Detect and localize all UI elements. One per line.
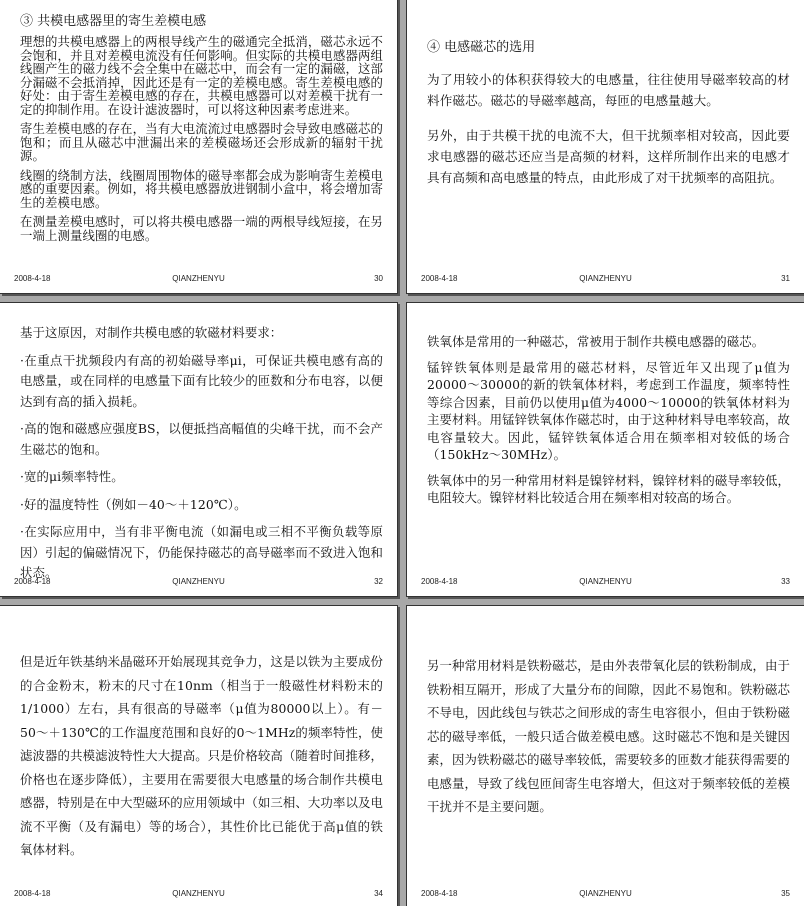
slide-33[interactable]: 铁氧体是常用的一种磁芯，常被用于制作共模电感器的磁芯。 锰锌铁氧体则是最常用的磁… <box>406 302 804 597</box>
slide-footer: 2008-4-18 QIANZHENYU 32 <box>14 577 383 586</box>
footer-date: 2008-4-18 <box>421 889 457 898</box>
footer-date: 2008-4-18 <box>14 274 50 283</box>
bullet-item: ·在重点干扰频段内有高的初始磁导率μi，可保证共模电感有高的电感量，或在同样的电… <box>20 351 383 413</box>
footer-author: QIANZHENYU <box>172 889 224 898</box>
footer-author: QIANZHENYU <box>579 274 631 283</box>
footer-author: QIANZHENYU <box>172 577 224 586</box>
bullet-item: ·高的饱和磁感应强度BS，以便抵挡高幅值的尖峰干扰，而不会产生磁芯的饱和。 <box>20 419 383 460</box>
slide-content: 另一种常用材料是铁粉磁芯，是由外表带氧化层的铁粉制成，由于铁粉相互隔开，形成了大… <box>427 654 790 819</box>
paragraph: 锰锌铁氧体则是最常用的磁芯材料，尽管近年又出现了μ值为20000～30000的新… <box>427 359 790 464</box>
page-number: 33 <box>781 577 790 586</box>
paragraph: 铁氧体是常用的一种磁芯，常被用于制作共模电感器的磁芯。 <box>427 333 790 351</box>
slide-32[interactable]: 基于这原因，对制作共模电感的软磁材料要求： ·在重点干扰频段内有高的初始磁导率μ… <box>0 302 398 597</box>
slide-footer: 2008-4-18 QIANZHENYU 34 <box>14 889 383 898</box>
slide-content: 铁氧体是常用的一种磁芯，常被用于制作共模电感器的磁芯。 锰锌铁氧体则是最常用的磁… <box>427 333 790 515</box>
slide-footer: 2008-4-18 QIANZHENYU 30 <box>14 274 383 283</box>
page-number: 34 <box>374 889 383 898</box>
page-number: 31 <box>781 274 790 283</box>
footer-date: 2008-4-18 <box>14 577 50 586</box>
slide-content: 基于这原因，对制作共模电感的软磁材料要求： ·在重点干扰频段内有高的初始磁导率μ… <box>20 323 383 591</box>
paragraph: 基于这原因，对制作共模电感的软磁材料要求： <box>20 323 383 344</box>
page-number: 32 <box>374 577 383 586</box>
paragraph: 寄生差模电感的存在，当有大电流流过电感器时会导致电感磁芯的饱和；而且从磁芯中泄漏… <box>20 122 383 163</box>
paragraph: 另一种常用材料是铁粉磁芯，是由外表带氧化层的铁粉制成，由于铁粉相互隔开，形成了大… <box>427 654 790 819</box>
slide-content: 但是近年铁基纳米晶磁环开始展现其竞争力，这是以铁为主要成份的合金粉末，粉末的尺寸… <box>20 650 383 862</box>
page-number: 30 <box>374 274 383 283</box>
slide-footer: 2008-4-18 QIANZHENYU 33 <box>421 577 790 586</box>
slide-title: ④ 电感磁芯的选用 <box>427 36 790 55</box>
paragraph: 线圈的绕制方法，线圈周围物体的磁导率都会成为影响寄生差模电感的重要因素。例如，将… <box>20 169 383 210</box>
paragraph: 但是近年铁基纳米晶磁环开始展现其竞争力，这是以铁为主要成份的合金粉末，粉末的尺寸… <box>20 650 383 862</box>
slide-30[interactable]: ③ 共模电感器里的寄生差模电感 理想的共模电感器上的两根导线产生的磁通完全抵消，… <box>0 0 398 294</box>
paragraph: 另外，由于共模干扰的电流不大，但干扰频率相对较高，因此要求电感器的磁芯还应当是高… <box>427 125 790 188</box>
paragraph: 在测量差模电感时，可以将共模电感器一端的两根导线短接，在另一端上测量线圈的电感。 <box>20 215 383 242</box>
slide-footer: 2008-4-18 QIANZHENYU 31 <box>421 274 790 283</box>
footer-date: 2008-4-18 <box>421 577 457 586</box>
footer-author: QIANZHENYU <box>172 274 224 283</box>
footer-author: QIANZHENYU <box>579 889 631 898</box>
slide-31[interactable]: ④ 电感磁芯的选用 为了用较小的体积获得较大的电感量，往往使用导磁率较高的材料作… <box>406 0 804 294</box>
paragraph: 理想的共模电感器上的两根导线产生的磁通完全抵消，磁芯永远不会饱和，并且对差模电流… <box>20 35 383 116</box>
slide-34[interactable]: 但是近年铁基纳米晶磁环开始展现其竞争力，这是以铁为主要成份的合金粉末，粉末的尺寸… <box>0 605 398 906</box>
footer-author: QIANZHENYU <box>579 577 631 586</box>
paragraph: 为了用较小的体积获得较大的电感量，往往使用导磁率较高的材料作磁芯。磁芯的导磁率越… <box>427 69 790 111</box>
slide-title: ③ 共模电感器里的寄生差模电感 <box>20 10 383 29</box>
bullet-item: ·在实际应用中，当有非平衡电流（如漏电或三相不平衡负载等原因）引起的偏磁情况下，… <box>20 522 383 584</box>
slide-35[interactable]: 另一种常用材料是铁粉磁芯，是由外表带氧化层的铁粉制成，由于铁粉相互隔开，形成了大… <box>406 605 804 906</box>
footer-date: 2008-4-18 <box>14 889 50 898</box>
slide-footer: 2008-4-18 QIANZHENYU 35 <box>421 889 790 898</box>
bullet-item: ·宽的μi频率特性。 <box>20 467 383 488</box>
paragraph: 铁氧体中的另一种常用材料是镍锌材料，镍锌材料的磁导率较低，电阻较大。镍锌材料比较… <box>427 472 790 507</box>
footer-date: 2008-4-18 <box>421 274 457 283</box>
page-number: 35 <box>781 889 790 898</box>
slide-content: ③ 共模电感器里的寄生差模电感 理想的共模电感器上的两根导线产生的磁通完全抵消，… <box>20 10 383 248</box>
slide-content: ④ 电感磁芯的选用 为了用较小的体积获得较大的电感量，往往使用导磁率较高的材料作… <box>427 36 790 196</box>
bullet-item: ·好的温度特性（例如－40～＋120℃）。 <box>20 495 383 516</box>
